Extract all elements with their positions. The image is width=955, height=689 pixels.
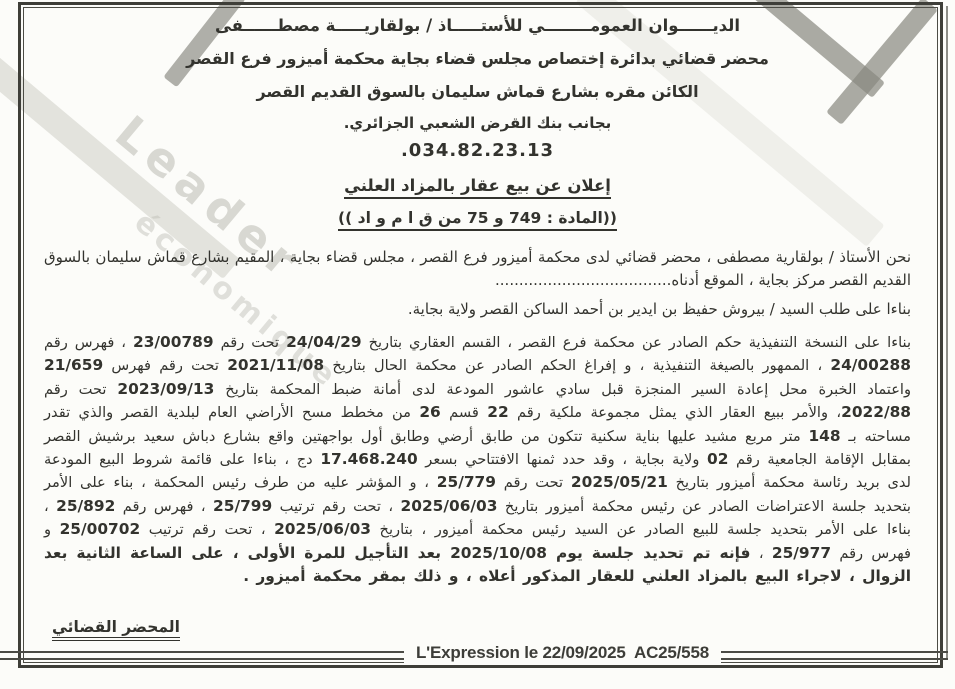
text-segment: تحت رقم <box>214 334 287 351</box>
bold-value-segment: 2025/06/03 <box>401 497 498 515</box>
bold-value-segment: 2025/05/21 <box>571 473 668 491</box>
bailiff-jurisdiction-line: محضر قضائي بدائرة إختصاص مجلس قضاء بجاية… <box>44 49 911 68</box>
bold-value-segment: 24/04/29 <box>286 333 362 351</box>
notice-content: الديــــــوان العمومــــــــي للأستـــــ… <box>0 0 955 689</box>
scanned-legal-notice: Leader économique الديــــــوان العمومــ… <box>0 0 955 689</box>
bold-value-segment: 2025/06/03 <box>274 520 371 538</box>
bold-value-segment: 26 <box>419 403 440 421</box>
legal-basis-line: ((المادة : 749 و 75 من ق ا م و اد )) <box>44 209 911 231</box>
auction-title-text: إعلان عن بيع عقار بالمزاد العلني <box>344 176 611 199</box>
bold-value-segment: 2023/09/13 <box>117 380 214 398</box>
phone-number: 034.82.23.13. <box>44 140 911 161</box>
bold-value-segment: 148 <box>808 427 840 445</box>
bold-value-segment: 25/977 <box>772 544 831 562</box>
text-segment: قسم <box>441 404 487 421</box>
legal-basis-text: ((المادة : 749 و 75 من ق ا م و اد )) <box>338 209 617 231</box>
text-segment: ، فهرس رقم <box>115 498 213 515</box>
bold-value-segment: 25/892 <box>56 497 115 515</box>
bold-value-segment: 2022/88 <box>841 403 911 421</box>
text-segment: تحت رقم فهرس <box>103 357 227 374</box>
auction-title: إعلان عن بيع عقار بالمزاد العلني <box>44 176 911 199</box>
office-address-line: الكائن مقره بشارع قماش سليمان بالسوق الق… <box>44 82 911 101</box>
text-segment: ، فهرس رقم <box>44 334 133 351</box>
auction-details-paragraph: بناءا على النسخة التنفيذية حكم الصادر عن… <box>44 331 911 588</box>
text-segment: ولاية بجاية ، وقد حدد ثمنها الافتتاحي بس… <box>418 451 707 468</box>
text-segment: ، <box>751 545 772 562</box>
bold-value-segment: 17.468.240 <box>320 450 417 468</box>
bold-value-segment: 22 <box>487 403 508 421</box>
text-segment: ، الممهور بالصيغة التنفيذية ، و إفراغ ال… <box>324 357 830 374</box>
bold-value-segment: 2021/11/08 <box>227 356 324 374</box>
bold-value-segment: 23/00789 <box>133 333 214 351</box>
bold-value-segment: 25/779 <box>437 473 496 491</box>
bold-value-segment: 02 <box>707 450 728 468</box>
publication-reference: L'Expression le 22/09/2025 AC25/558 <box>404 643 721 663</box>
bold-value-segment: 2025/10/08 <box>450 544 547 562</box>
request-paragraph: بناءا على طلب السيد / بيروش حفيظ بن ايدي… <box>44 298 911 321</box>
bold-value-segment: فإنه تم تحديد جلسة يوم <box>547 544 751 562</box>
text-segment: تحت رقم <box>44 381 117 398</box>
bold-value-segment: 25/799 <box>213 497 272 515</box>
text-segment: ، والأمر ببيع العقار الذي يمثل مجموعة مل… <box>509 404 841 421</box>
bailiff-signature-label: المحضر القضائي <box>52 618 180 641</box>
text-segment: واعتماد الخبرة محل إعادة السير المنجزة ق… <box>214 381 911 398</box>
text-segment: ، تحت رقم ترتيب <box>272 498 400 515</box>
text-segment: تحت رقم <box>496 474 571 491</box>
text-segment: بناءا على النسخة التنفيذية حكم الصادر عن… <box>362 334 911 351</box>
bank-landmark-line: بجانب بنك القرض الشعبي الجزائري. <box>44 114 911 132</box>
bailiff-intro-paragraph: نحن الأستاذ / بولقارية مصطفى ، محضر قضائ… <box>44 246 911 292</box>
bold-value-segment: 21/659 <box>44 356 103 374</box>
bold-value-segment: 24/00288 <box>830 356 911 374</box>
office-title-line: الديــــــوان العمومــــــــي للأستـــــ… <box>44 16 911 35</box>
text-segment: ، تحت رقم ترتيب <box>140 521 274 538</box>
bold-value-segment: 25/00702 <box>60 520 141 538</box>
